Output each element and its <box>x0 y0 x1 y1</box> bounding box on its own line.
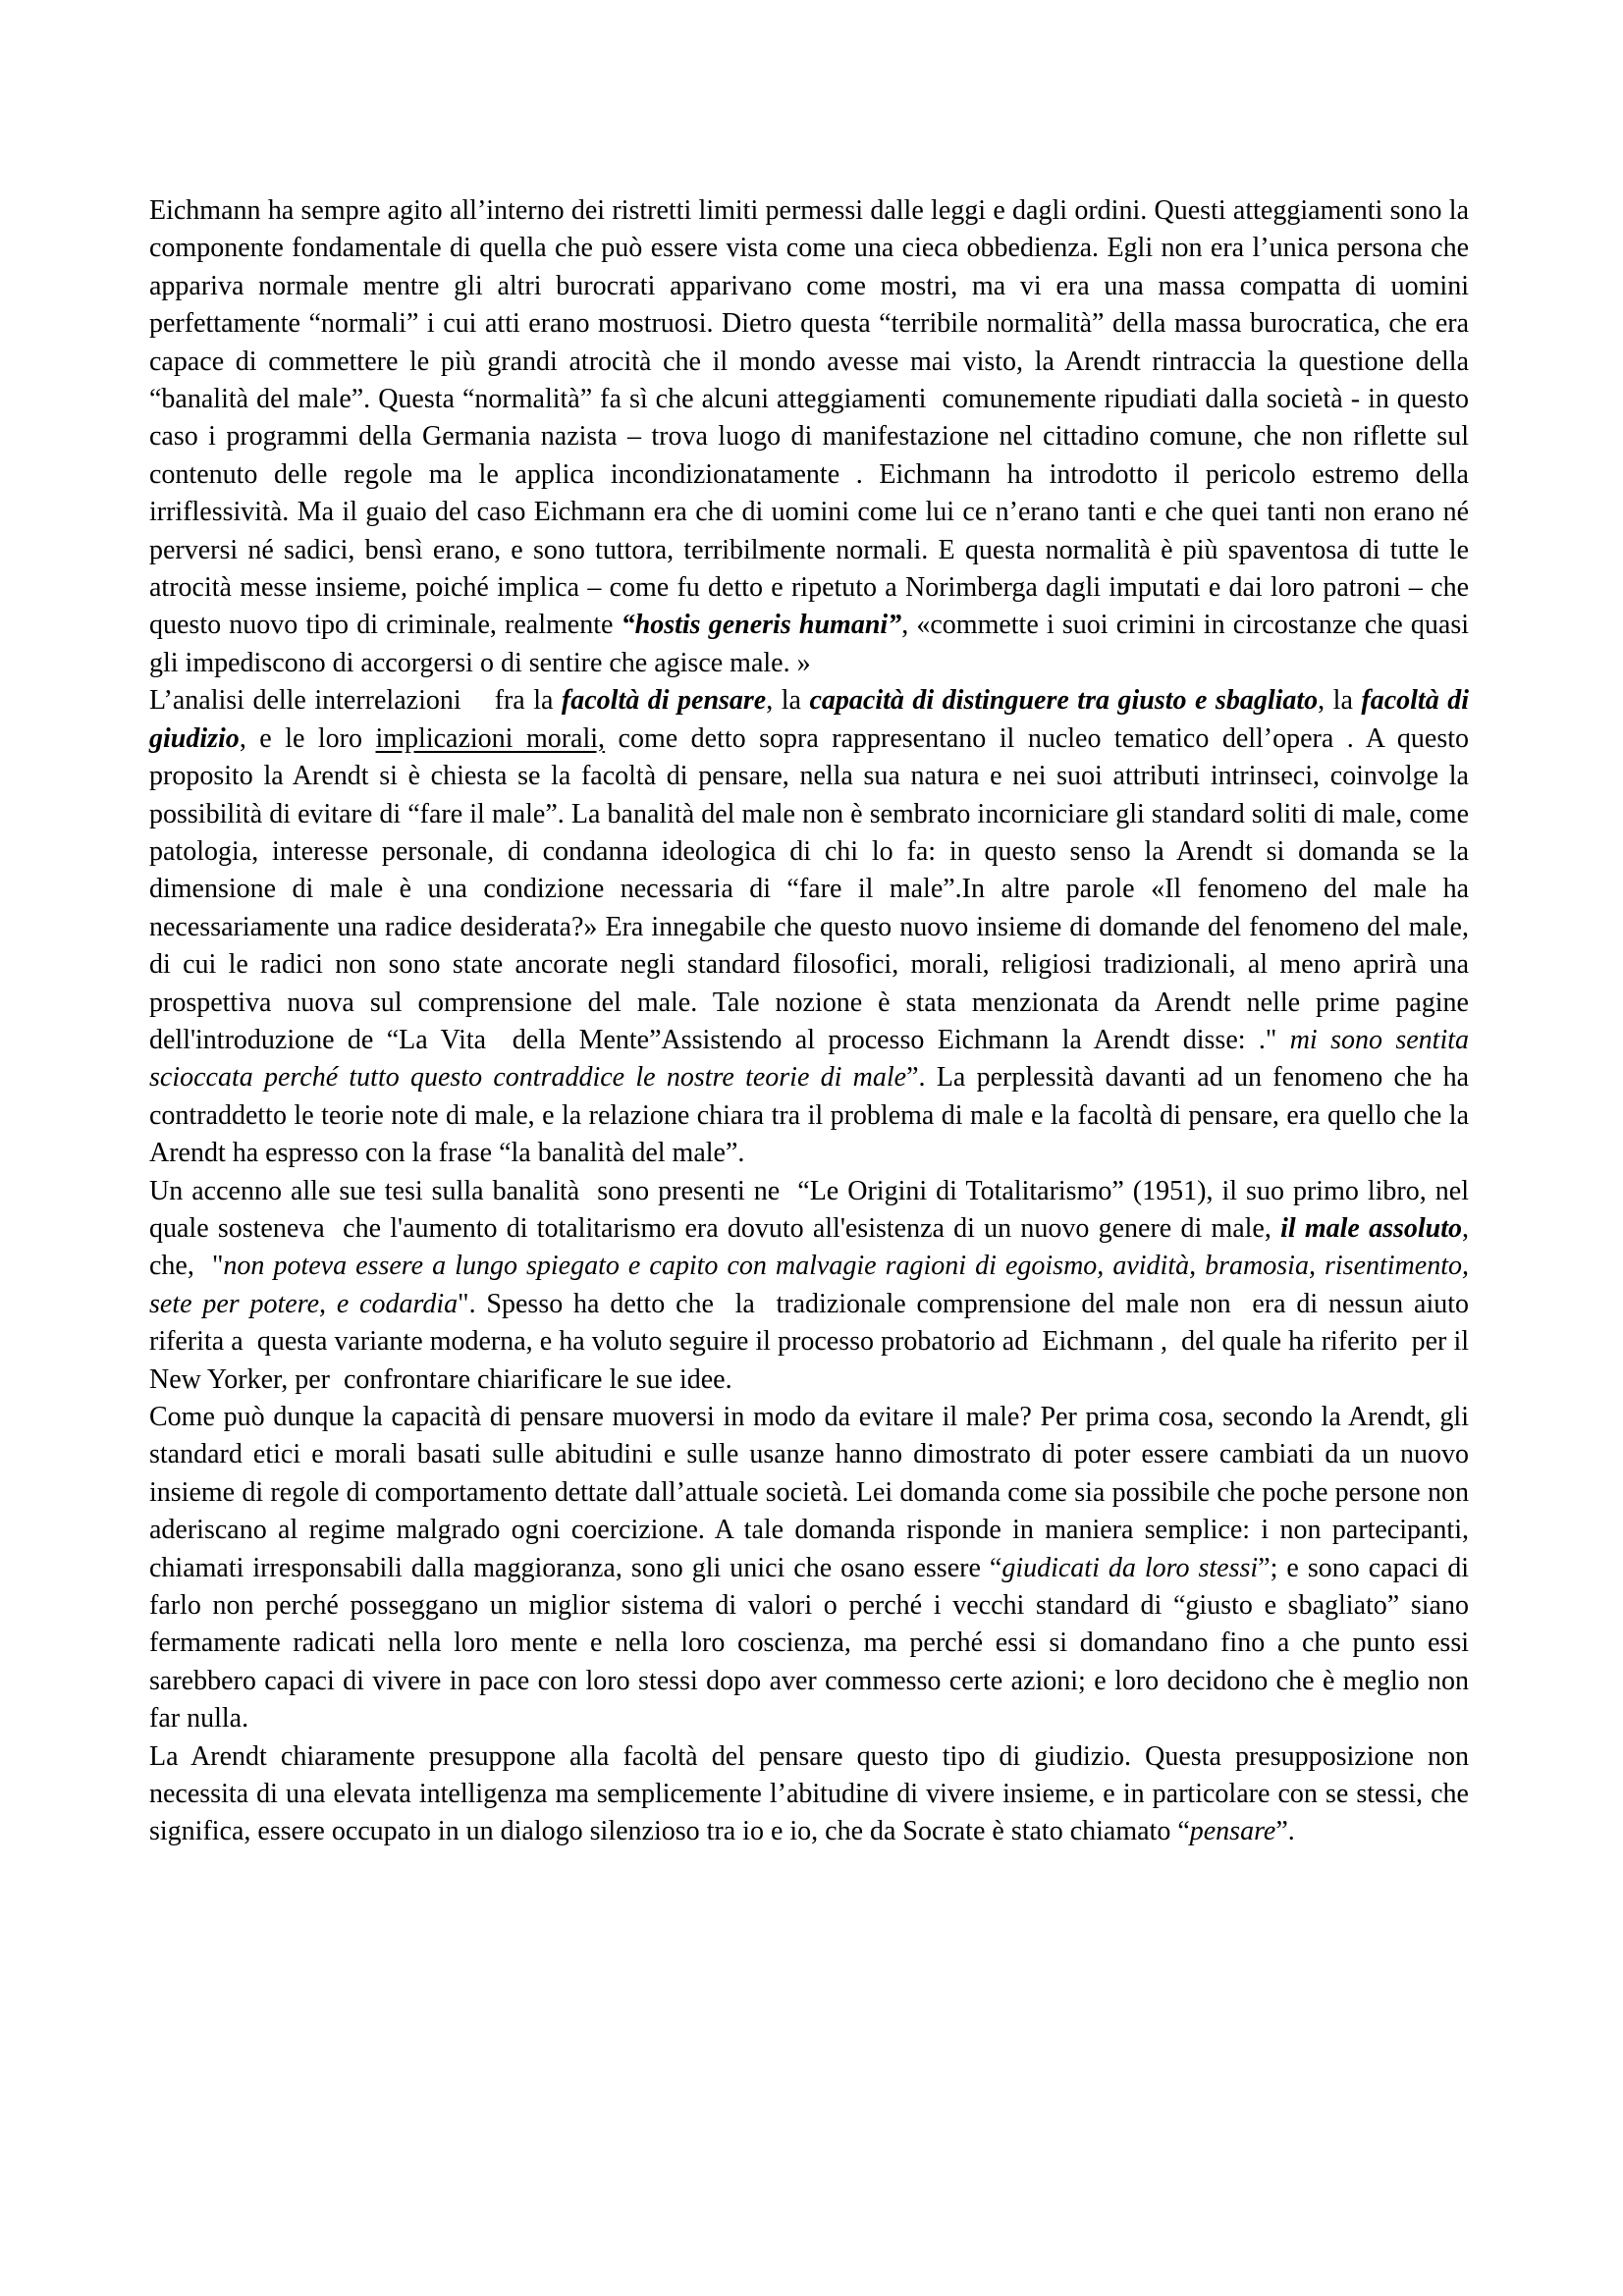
text-run-normal: Eichmann ha sempre agito all’interno dei… <box>149 195 1476 640</box>
text-run-normal: , la <box>1318 685 1361 716</box>
text-run-underline: implicazioni morali, <box>376 723 606 754</box>
text-run-bold-italic: facoltà di pensare <box>562 685 766 716</box>
text-run-bold-italic: il male assoluto <box>1280 1213 1462 1244</box>
text-run-italic: pensare <box>1190 1816 1276 1846</box>
paragraph-4: Come può dunque la capacità di pensare m… <box>149 1399 1469 1738</box>
document-page: Eichmann ha sempre agito all’interno dei… <box>0 0 1623 2296</box>
text-run-italic: giudicati da loro stessi <box>1001 1553 1258 1583</box>
paragraph-3: Un accenno alle sue tesi sulla banalità … <box>149 1173 1469 1399</box>
text-run-normal: ”. <box>1275 1816 1294 1846</box>
paragraph-5: La Arendt chiaramente presuppone alla fa… <box>149 1738 1469 1851</box>
text-run-bold-italic: capacità di distinguere tra giusto e sba… <box>809 685 1318 716</box>
paragraph-2: L’analisi delle interrelazioni fra la fa… <box>149 682 1469 1172</box>
text-run-normal: , la <box>766 685 809 716</box>
paragraph-1: Eichmann ha sempre agito all’interno dei… <box>149 192 1469 682</box>
text-run-normal: , e le loro <box>240 723 376 754</box>
text-run-bold-italic: “hostis generis humani” <box>622 610 902 640</box>
document-body: Eichmann ha sempre agito all’interno dei… <box>149 192 1469 1851</box>
text-run-normal: come detto sopra rappresentano il nucleo… <box>149 723 1476 1055</box>
text-run-normal: Un accenno alle sue tesi sulla banalità … <box>149 1176 1476 1244</box>
text-run-normal: L’analisi delle interrelazioni fra la <box>149 685 562 716</box>
